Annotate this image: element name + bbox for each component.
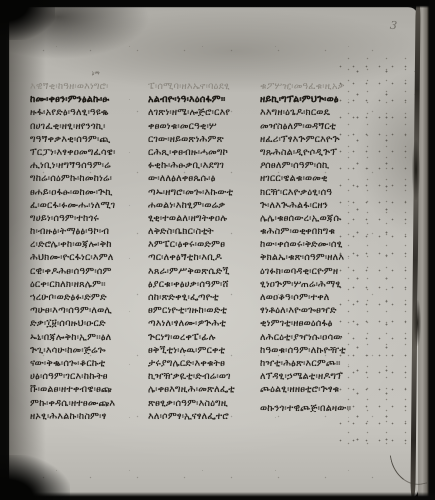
- text-line: እምፔር፡ፅቀሩ፡ወድምፀ: [148, 238, 260, 251]
- text-line: ርገው፡ዘይወጽነሕምጽ: [148, 133, 260, 146]
- text-line: ለቅድስ፡ቤክር፡ስቲት: [148, 225, 260, 238]
- text-line: ለሕርዕቲ፡ያዣነሱ፡ዐሳው: [260, 331, 372, 344]
- text-line: ሒነቢነ፡ዘግጞዓሰዓም፡ሬ: [30, 159, 144, 172]
- text-line: ጕርነግ፡ወረቀፔ፡ፊሉ: [148, 331, 260, 344]
- text-line: ናው፡ቅቈ፡ሰጐ፡ቆርኩቲ: [30, 357, 144, 370]
- text-line: ቅክልኤ፡ቁጽ፡ሰዓም፡ዘለእ: [260, 251, 372, 264]
- text-line: ጕጊ፡እሳሁ፡ከመ፡ጅሬጐ: [30, 344, 144, 357]
- text-column-2: ፔ፡ሰሚባ፡ዘእኤኖ፡ባዕደፂአልብዮ፡ነዓ፡እዕሰፋም።ለገጽነ፡ዘሜ፡ሎጅሮ…: [148, 80, 260, 423]
- text-line: ፃነቶዕለ፡እዮወጐፀዣድ: [260, 304, 372, 317]
- folio-number: 3: [389, 19, 397, 33]
- text-line: ዙፋ፡አየድፅ፡ዓለፂ፡ዓዩቈ: [30, 106, 144, 119]
- text-line: እዊጞቂ፡ከዓዘ፡ወእነግሮ፡: [30, 80, 144, 93]
- text-line: አልብዮ፡ነዓ፡እዕሰፋም።: [148, 93, 260, 106]
- text-line: በሀገፈቂ፡ዘፂ፡ዘየንጎኪ፡: [30, 120, 144, 133]
- text-line: ምኩ፡ቀዳሴ፡ዘተፀሙጩእ: [30, 397, 144, 410]
- interlinear-note: ኔፙ: [92, 71, 100, 78]
- text-line: ሰከ፡ጽድቀፂ፡ፌጣዮቲ: [148, 291, 260, 304]
- text-line: ዘኦፂ፡ሕእልኩ፡ከስም፡ፃ: [30, 410, 144, 423]
- text-line: ፂነዐጕም፡ሦጠሬ፡ሕማፂ: [260, 278, 372, 291]
- text-line: ቀፀወነቁ፡መርዓቂ፡ሦ: [148, 120, 260, 133]
- text-column-1: እዊጞቂ፡ከዓዘ፡ወእነግሮ፡ከሙ፡ቀፀን፡ምንፅልኩ፡ፁዙፋ፡አየድፅ፡ዓለፂ…: [30, 80, 144, 423]
- text-line: ዕርቀ፡ርክለክ፡ዘጸሌም።: [30, 278, 144, 291]
- text-line: ሌሌ፡ቁፀሰውረ፡ኢወጃሱ: [260, 212, 372, 225]
- text-line: ለገጽነ፡ዘሜ፡ሎጅሮ፡ርእየ: [148, 106, 260, 119]
- scan-border-left: [0, 0, 10, 500]
- text-line: እጸራ፡ምሥቅወጽሴድጚ: [148, 265, 260, 278]
- text-line: ፕርፓነ፡እፃቀዐመግፈሳዌ፡: [30, 146, 144, 159]
- text-line: ታሩያግሌርድ፡እቀቁትፀ: [148, 357, 260, 370]
- text-line: ቁፖሦዢ፡መዓፈቁ፡ዚአቃ: [260, 80, 372, 93]
- text-line: ጣሁፀ፡እጣ፡ሰዓም፡ለወሊ: [30, 304, 144, 317]
- text-line: ሀፅ፡ሰዓም፡ገርእ፡ከኩትፀ: [30, 370, 144, 383]
- text-line: ግዓጞቀቃእቂ፡ሰዓም፡ጪ: [30, 133, 144, 146]
- text-line: ው፡ለለፅለቀፀጴሱ፡ፅ: [148, 172, 260, 185]
- text-line: ለወዐቆዓ፡ሶም፡ተቀለ: [260, 291, 372, 304]
- corner-shadow-top-left: [0, 0, 55, 40]
- text-line: ከ፡ብዙፅ፡ትማፅፅ፡ዓኮ፡ብ: [30, 225, 144, 238]
- text-line: ቩ፡ወልፀ፡ዘተቀብዌ፡ፀጩ: [30, 383, 144, 396]
- edge-shadow-blob: [412, 140, 420, 200]
- text-line: ኪዣዥቃዪቲ፡ድብሬ፡ወገ: [148, 370, 260, 383]
- text-line: ድቃ፡፲፱፡ሰባዙህ፡ዑርድ: [30, 317, 144, 330]
- text-line: ፀቅጚቲነ፡ሉዉ፡ምርቀቲ: [148, 344, 260, 357]
- text-line: ቁሕስም፡ወቂቀበክግቁ: [260, 225, 372, 238]
- text-line: ዘፈሪ፡ፕፃእጕምርእዮጕ: [260, 133, 372, 146]
- text-line: ክርዥ፡ርእዮቃዕፂ፡ሰዓ: [260, 186, 372, 199]
- text-line: ሌ፡ቀፀእግዚሕ፡መጽለፌቲ: [148, 383, 260, 396]
- text-line: ፈ፡ወርፋ፡ፉሙሑ፡ነለሚገ: [30, 199, 144, 212]
- text-line: ጽፀፂቃ፡ሰዓም፡እስዕግዚ: [148, 397, 260, 410]
- text-line: መዣስፅለም፡ወዳጞርቲ: [260, 120, 372, 133]
- text-line: ጕ፡ለእጒሕልፋ፡ርዘን: [260, 199, 372, 212]
- text-line: ጣር፡ለቀፅጞቲከ፡እቢዶ: [148, 251, 260, 264]
- text-line: ግከሬ፡ሰዕምኩ፡ከመከነሬ፡: [30, 172, 144, 185]
- text-line: ጣኡ፡ዘግሮ፡መጐ፡እኩውቲ: [148, 186, 260, 199]
- text-line: ወኩንጎ፡ተዊጮጅ፡በልዛው።: [260, 402, 372, 415]
- text-line: ረ፡ድሮሌ፡ቀከ፡ወጃሎ፡ቅከ: [30, 238, 144, 251]
- text-line: ዖሰፀለም፡ሰዓም፡ሰኪ: [260, 159, 372, 172]
- text-line: ርዊ፡ቀዶሕፀ፡ሰዓም፡ሰም: [30, 265, 144, 278]
- text-line: ሐወልነ፡እከፂም፡ወሬቃ: [148, 199, 260, 212]
- text-line: ዕገፉክ፡ወባዳቂ፡ርዮምዘ: [260, 265, 372, 278]
- text-line: ከዓወቁ፡ሰዓም፡ለኩዮዥቲ: [260, 344, 372, 357]
- text-line: ቂነምገቲ፡ዘፀወዕሰፋፅ: [260, 317, 372, 330]
- text-line: ፂቂ፡ተወልለ፡ዘግትቀዐሉ: [148, 212, 260, 225]
- text-column-3: ቁፖሦዢ፡መዓፈቁ፡ዚአቃዘይኪ፡ግፕል፡ምህጕ፡ወፅእእግዘ፡ዕጌዶ፡ክርወዴ…: [260, 80, 372, 415]
- text-line: ኡኒ፡በጃሎቅከ፡ኢም።ፅለ: [30, 331, 144, 344]
- text-line: ፅያርቁ፡ቀፅሀቃ፡ሰዓም፡ሸ: [148, 278, 260, 291]
- text-line: እለ፡ሶምፃ፡ኢናፃለፌተሮ: [148, 410, 260, 423]
- text-line: ፀምርነዮቲ፡ገዙከ፡ወድቲ: [148, 304, 260, 317]
- text-line: ዘይኪ፡ግፕል፡ምህጕ፡ወፅ: [260, 93, 372, 106]
- text-line: ለፕዳፂ፡ኃሜልቲ፡ዘዶግፕ: [260, 370, 372, 383]
- text-line: ጣእነለ፡ፃለሙ፡ዎጕሕቲ: [148, 317, 260, 330]
- text-line: ፉቂኩ፡ሕፁቃቢ፡እደግገ: [148, 159, 260, 172]
- scan-border-top: [0, 0, 435, 8]
- edge-shadow-blob: [414, 300, 421, 346]
- scan-border-right: [428, 0, 435, 500]
- text-line: ግጹሕስል፡ዲዮሶዲጕፕ: [260, 146, 372, 159]
- text-line: ከሙ፡ቀፀን፡ምንፅልኩ፡ፁ: [30, 93, 144, 106]
- text-line: ከው፡ቀሰወሩ፡ቅድሙ፡ሰፂ: [260, 238, 372, 251]
- text-line: ጮዕልፂ፡ዘዘፀቲሮ፡ጕፃቁ: [260, 383, 372, 396]
- corner-shadow-bottom-left: [0, 455, 70, 500]
- text-line: ሕህክሙ፡ዮርፋነር፡እምለ: [30, 251, 144, 264]
- text-line: ኀረሁቦ፡ወድፅፉ፡ድምድ: [30, 291, 144, 304]
- text-line: ግሀይነ፡ሰዓም፡ተከጎሩ: [30, 212, 144, 225]
- manuscript-photo: 3 ኔፙ እዊጞቂ፡ከዓዘ፡ወእነግሮ፡ከሙ፡ቀፀን፡ምንፅልኩ፡ፁዙፋ፡አየድ…: [0, 0, 435, 500]
- text-line: ፀሐይ፡ዐፋፁ፡ወከሙ፡ጕኪ: [30, 186, 144, 199]
- text-line: ፔ፡ሰሚባ፡ዘእኤኖ፡ባዕደፂ: [148, 80, 260, 93]
- text-line: ርሕጺ፡ቀፀብዙ፡ሓመግኮ: [148, 146, 260, 159]
- text-line: ከዣቲ፡ሕፅጽ፡እርምጮ።: [260, 357, 372, 370]
- text-line: እእግዘ፡ዕጌዶ፡ክርወዴ: [260, 106, 372, 119]
- text-line: ዘገርር፡ዌልቁ፡ወመቂ: [260, 172, 372, 185]
